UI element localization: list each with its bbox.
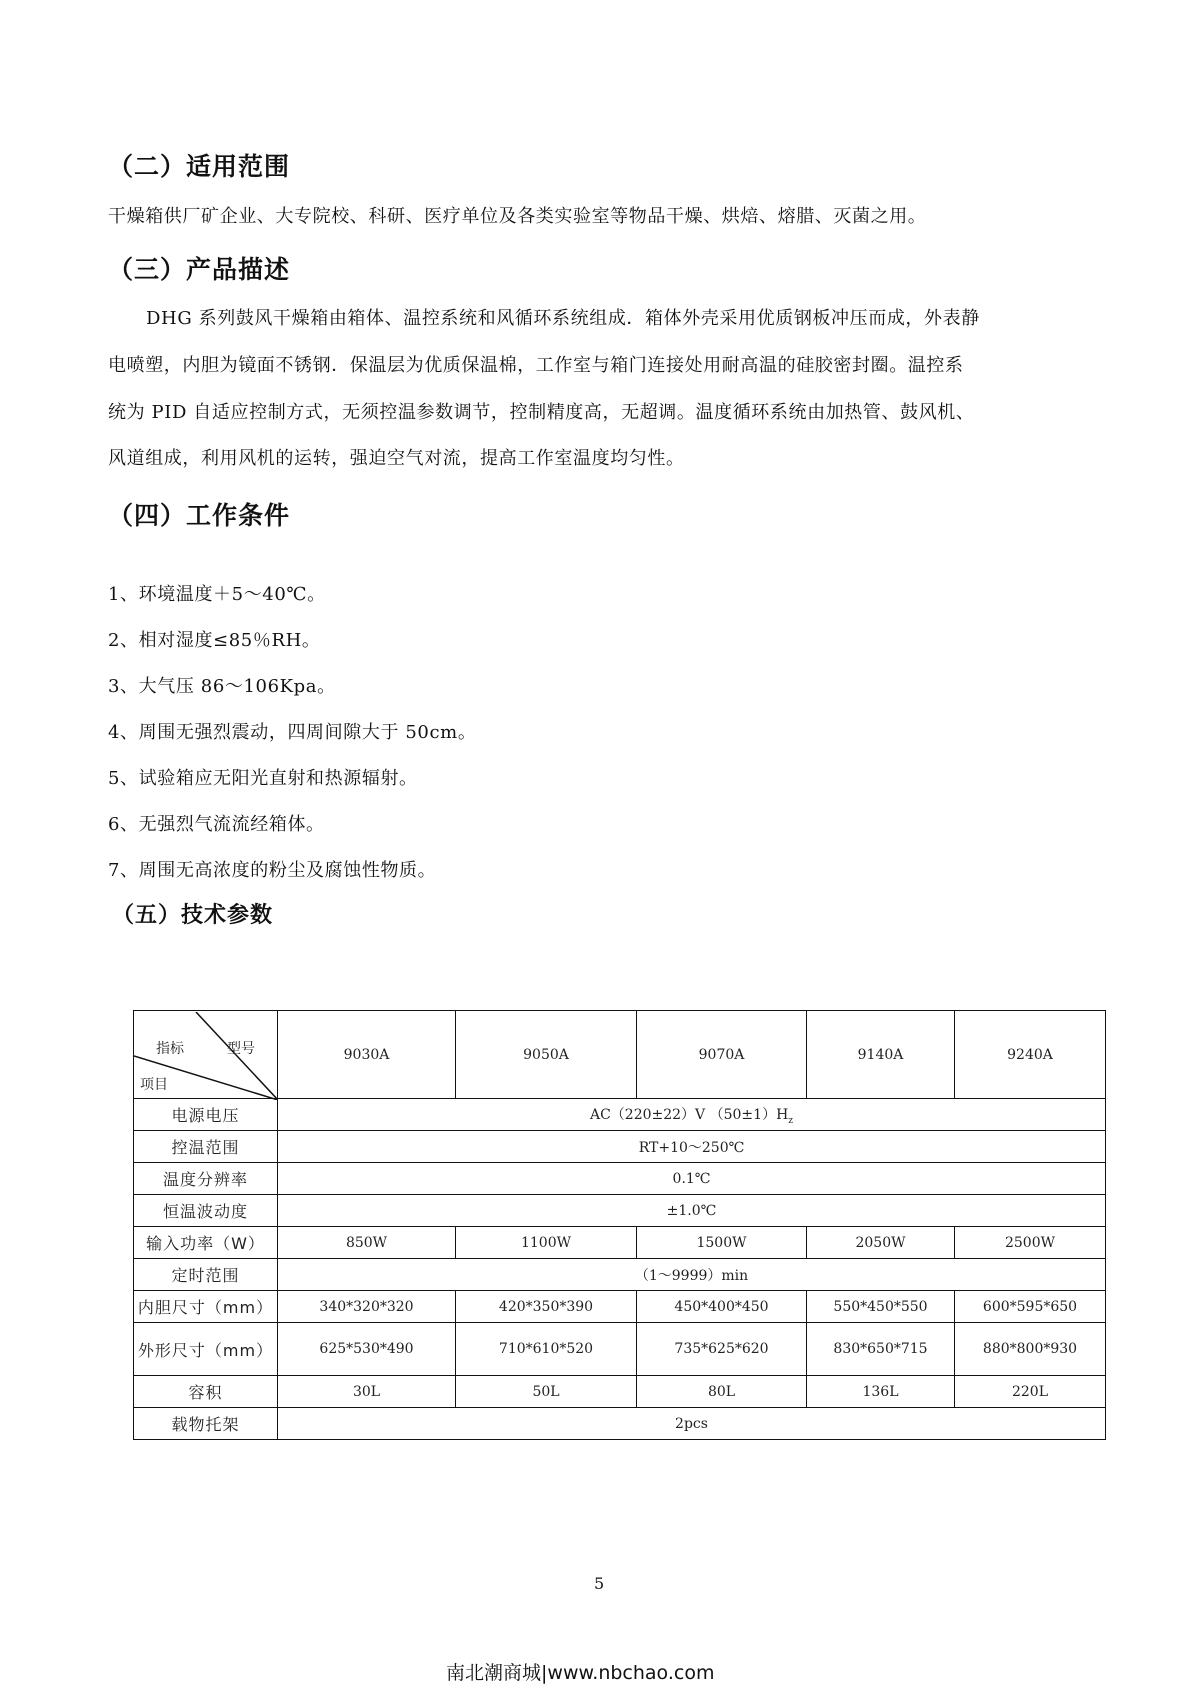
section-title-scope: （二）适用范围 [108,147,290,183]
condition-item-4: 4、周围无强烈震动，四周间隙大于 50cm。 [108,718,476,744]
volume-9240a: 220L [955,1376,1106,1408]
page-number: 5 [594,1574,604,1593]
timer-value: （1～9999）min [278,1259,1106,1291]
description-line-1: DHG 系列鼓风干燥箱由箱体、温控系统和风循环系统组成．箱体外壳采用优质钢板冲压… [146,304,980,330]
fluctuation-value: ±1.0℃ [278,1195,1106,1227]
outer-size-9070a: 735*625*620 [637,1323,807,1376]
temp-range-value: RT+10～250℃ [278,1131,1106,1163]
outer-size-9030a: 625*530*490 [278,1323,456,1376]
row-label-outer-size: 外形尺寸（mm） [134,1323,278,1376]
table-row-timer: 定时范围 （1～9999）min [134,1259,1106,1291]
section-title-description: （三）产品描述 [108,250,290,286]
outer-size-9140a: 830*650*715 [807,1323,955,1376]
volume-9030a: 30L [278,1376,456,1408]
table-row-fluctuation: 恒温波动度 ±1.0℃ [134,1195,1106,1227]
model-header-9070a: 9070A [637,1011,807,1099]
description-line-4: 风道组成，利用风机的运转，强迫空气对流，提高工作室温度均匀性。 [108,444,685,470]
volume-9050a: 50L [456,1376,637,1408]
scope-text: 干燥箱供厂矿企业、大专院校、科研、医疗单位及各类实验室等物品干燥、烘焙、熔腊、灭… [108,202,926,228]
inner-size-9070a: 450*400*450 [637,1291,807,1323]
inner-size-9240a: 600*595*650 [955,1291,1106,1323]
voltage-value: AC（220±22）V （50±1）Hz [278,1099,1106,1131]
power-9030a: 850W [278,1227,456,1259]
power-9140a: 2050W [807,1227,955,1259]
condition-item-7: 7、周围无高浓度的粉尘及腐蚀性物质。 [108,856,436,882]
row-label-voltage: 电源电压 [134,1099,278,1131]
table-row-voltage: 电源电压 AC（220±22）V （50±1）Hz [134,1099,1106,1131]
outer-size-9240a: 880*800*930 [955,1323,1106,1376]
corner-label-indicator: 指标 [156,1038,184,1058]
model-header-9240a: 9240A [955,1011,1106,1099]
model-header-9030a: 9030A [278,1011,456,1099]
row-label-fluctuation: 恒温波动度 [134,1195,278,1227]
power-9240a: 2500W [955,1227,1106,1259]
power-9050a: 1100W [456,1227,637,1259]
table-row-outer-size: 外形尺寸（mm） 625*530*490 710*610*520 735*625… [134,1323,1106,1376]
inner-size-9050a: 420*350*390 [456,1291,637,1323]
resolution-value: 0.1℃ [278,1163,1106,1195]
row-label-temp-range: 控温范围 [134,1131,278,1163]
table-header-row: 指标 型号 项目 9030A 9050A 9070A 9140A 9240A [134,1011,1106,1099]
section-title-specs: （五）技术参数 [112,898,273,929]
corner-header-cell: 指标 型号 项目 [134,1011,278,1099]
table-row-shelves: 载物托架 2pcs [134,1408,1106,1440]
power-9070a: 1500W [637,1227,807,1259]
table-row-temp-range: 控温范围 RT+10～250℃ [134,1131,1106,1163]
table-row-volume: 容积 30L 50L 80L 136L 220L [134,1376,1106,1408]
row-label-resolution: 温度分辨率 [134,1163,278,1195]
outer-size-9050a: 710*610*520 [456,1323,637,1376]
model-header-9140a: 9140A [807,1011,955,1099]
row-label-shelves: 载物托架 [134,1408,278,1440]
row-label-inner-size: 内胆尺寸（mm） [134,1291,278,1323]
description-line-3: 统为 PID 自适应控制方式，无须控温参数调节，控制精度高，无超调。温度循环系统… [108,398,975,424]
row-label-power: 输入功率（W） [134,1227,278,1259]
voltage-subscript: z [788,1115,793,1125]
row-label-timer: 定时范围 [134,1259,278,1291]
inner-size-9030a: 340*320*320 [278,1291,456,1323]
description-line-2: 电喷塑，内胆为镜面不锈钢．保温层为优质保温棉，工作室与箱门连接处用耐高温的硅胶密… [108,351,964,377]
table-row-resolution: 温度分辨率 0.1℃ [134,1163,1106,1195]
condition-item-2: 2、相对湿度≤85％RH。 [108,626,321,652]
model-header-9050a: 9050A [456,1011,637,1099]
condition-item-1: 1、环境温度＋5～40℃。 [108,580,326,606]
row-label-volume: 容积 [134,1376,278,1408]
table-row-power: 输入功率（W） 850W 1100W 1500W 2050W 2500W [134,1227,1106,1259]
spec-table: 指标 型号 项目 9030A 9050A 9070A 9140A 9240A 电… [133,1010,1106,1440]
table-row-inner-size: 内胆尺寸（mm） 340*320*320 420*350*390 450*400… [134,1291,1106,1323]
condition-item-6: 6、无强烈气流流经箱体。 [108,810,325,836]
footer-watermark: 南北潮商城|www.nbchao.com [446,1658,714,1685]
corner-label-model: 型号 [227,1038,255,1058]
voltage-text: AC（220±22）V （50±1）H [590,1107,788,1123]
inner-size-9140a: 550*450*550 [807,1291,955,1323]
condition-item-5: 5、试验箱应无阳光直射和热源辐射。 [108,764,418,790]
section-title-conditions: （四）工作条件 [108,496,290,532]
condition-item-3: 3、大气压 86～106Kpa。 [108,672,336,698]
volume-9070a: 80L [637,1376,807,1408]
corner-label-item: 项目 [140,1074,168,1094]
volume-9140a: 136L [807,1376,955,1408]
shelves-value: 2pcs [278,1408,1106,1440]
